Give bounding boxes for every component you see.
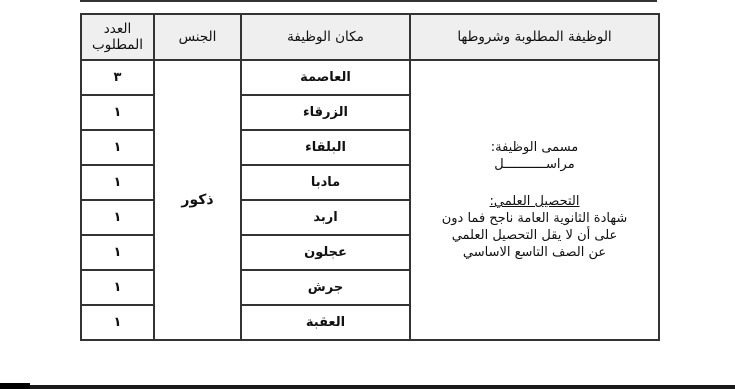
location-cell: الزرقاء [241, 95, 410, 130]
job-title-label: مسمى الوظيفة: [411, 139, 658, 156]
count-cell: ١ [81, 130, 154, 165]
count-cell: ١ [81, 165, 154, 200]
header-gender: الجنس [154, 14, 241, 60]
count-cell: ١ [81, 305, 154, 340]
previous-table-bottom-border [80, 0, 657, 2]
gender-cell: ذكور [154, 60, 241, 340]
location-cell: البلقاء [241, 130, 410, 165]
count-cell: ١ [81, 200, 154, 235]
table-row: مسمى الوظيفة: مراســـــــــــل التحصيل ا… [81, 60, 659, 95]
header-job-location: مكان الوظيفة [241, 14, 410, 60]
header-job-and-conditions: الوظيفة المطلوبة وشروطها [410, 14, 659, 60]
count-cell: ١ [81, 235, 154, 270]
education-line-3: عن الصف التاسع الاساسي [411, 244, 658, 261]
table-header-row: الوظيفة المطلوبة وشروطها مكان الوظيفة ال… [81, 14, 659, 60]
page-bottom-bar-cap [0, 383, 30, 389]
location-cell: مادبا [241, 165, 410, 200]
count-cell: ٣ [81, 60, 154, 95]
header-required-count-line2: المطلوب [82, 37, 153, 53]
jobs-table: الوظيفة المطلوبة وشروطها مكان الوظيفة ال… [80, 13, 660, 341]
location-cell: اربد [241, 200, 410, 235]
location-cell: العقبة [241, 305, 410, 340]
education-label: التحصيل العلمي: [411, 193, 658, 210]
job-description-cell: مسمى الوظيفة: مراســـــــــــل التحصيل ا… [410, 60, 659, 340]
location-cell: عجلون [241, 235, 410, 270]
header-required-count: العدد المطلوب [81, 14, 154, 60]
count-cell: ١ [81, 95, 154, 130]
location-cell: جرش [241, 270, 410, 305]
page-bottom-bar [0, 385, 735, 389]
header-required-count-line1: العدد [82, 21, 153, 37]
count-cell: ١ [81, 270, 154, 305]
education-line-2: على أن لا يقل التحصيل العلمي [411, 227, 658, 244]
location-cell: العاصمة [241, 60, 410, 95]
job-title-value: مراســـــــــــل [411, 156, 658, 173]
education-line-1: شهادة الثانوية العامة ناجح فما دون [411, 210, 658, 227]
spacer [411, 173, 658, 193]
